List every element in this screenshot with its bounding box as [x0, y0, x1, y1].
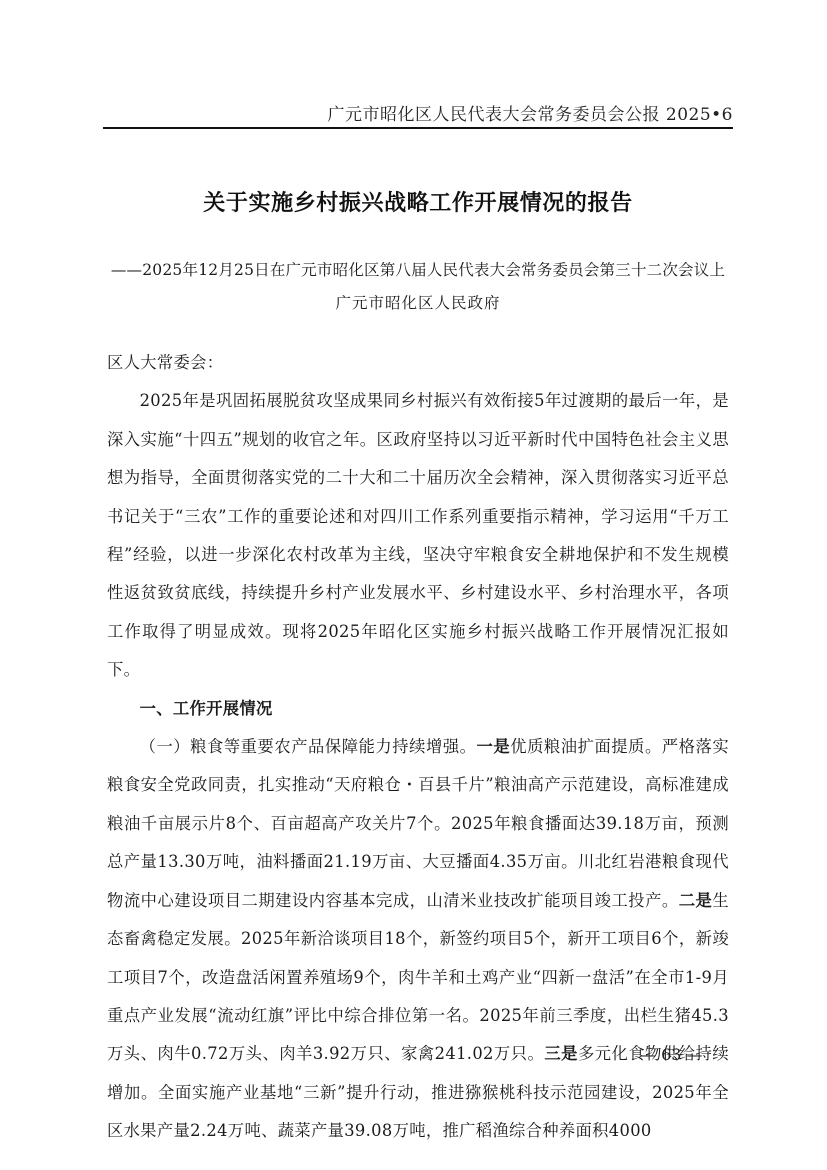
running-header: 广元市昭化区人民代表大会常务委员会公报 2025•6	[103, 100, 733, 125]
salutation: 区人大常委会：	[107, 344, 729, 382]
page-number: — 63 —	[640, 1045, 703, 1064]
intro-paragraph: 2025年是巩固拓展脱贫攻坚成果同乡村振兴有效衔接5年过渡期的最后一年，是深入实…	[107, 382, 729, 689]
part2-label: 二是	[679, 891, 713, 910]
part3-label: 三是	[544, 1044, 578, 1063]
document-subtitle: ——2025年12月25日在广元市昭化区第八届人民代表大会常务委员会第三十二次会…	[103, 258, 733, 280]
part2-text: 生态畜禽稳定发展。2025年新洽谈项目18个，新签约项目5个，新开工项目6个，新…	[107, 891, 729, 1064]
header-rule	[103, 127, 733, 129]
part1-label: 一是	[477, 737, 511, 756]
subsection-paragraph: （一）粮食等重要农产品保障能力持续增强。一是优质粮油扩面提质。严格落实粮食安全党…	[107, 728, 729, 1150]
part1-text: 优质粮油扩面提质。严格落实粮食安全党政同责，扎实推动“天府粮仓・百县千片”粮油高…	[107, 737, 729, 910]
subsection-heading: （一）粮食等重要农产品保障能力持续增强。	[140, 737, 477, 756]
document-title: 关于实施乡村振兴战略工作开展情况的报告	[103, 186, 733, 217]
document-body: 区人大常委会： 2025年是巩固拓展脱贫攻坚成果同乡村振兴有效衔接5年过渡期的最…	[107, 344, 729, 1151]
document-author: 广元市昭化区人民政府	[103, 291, 733, 313]
section-heading: 一、工作开展情况	[107, 690, 729, 728]
